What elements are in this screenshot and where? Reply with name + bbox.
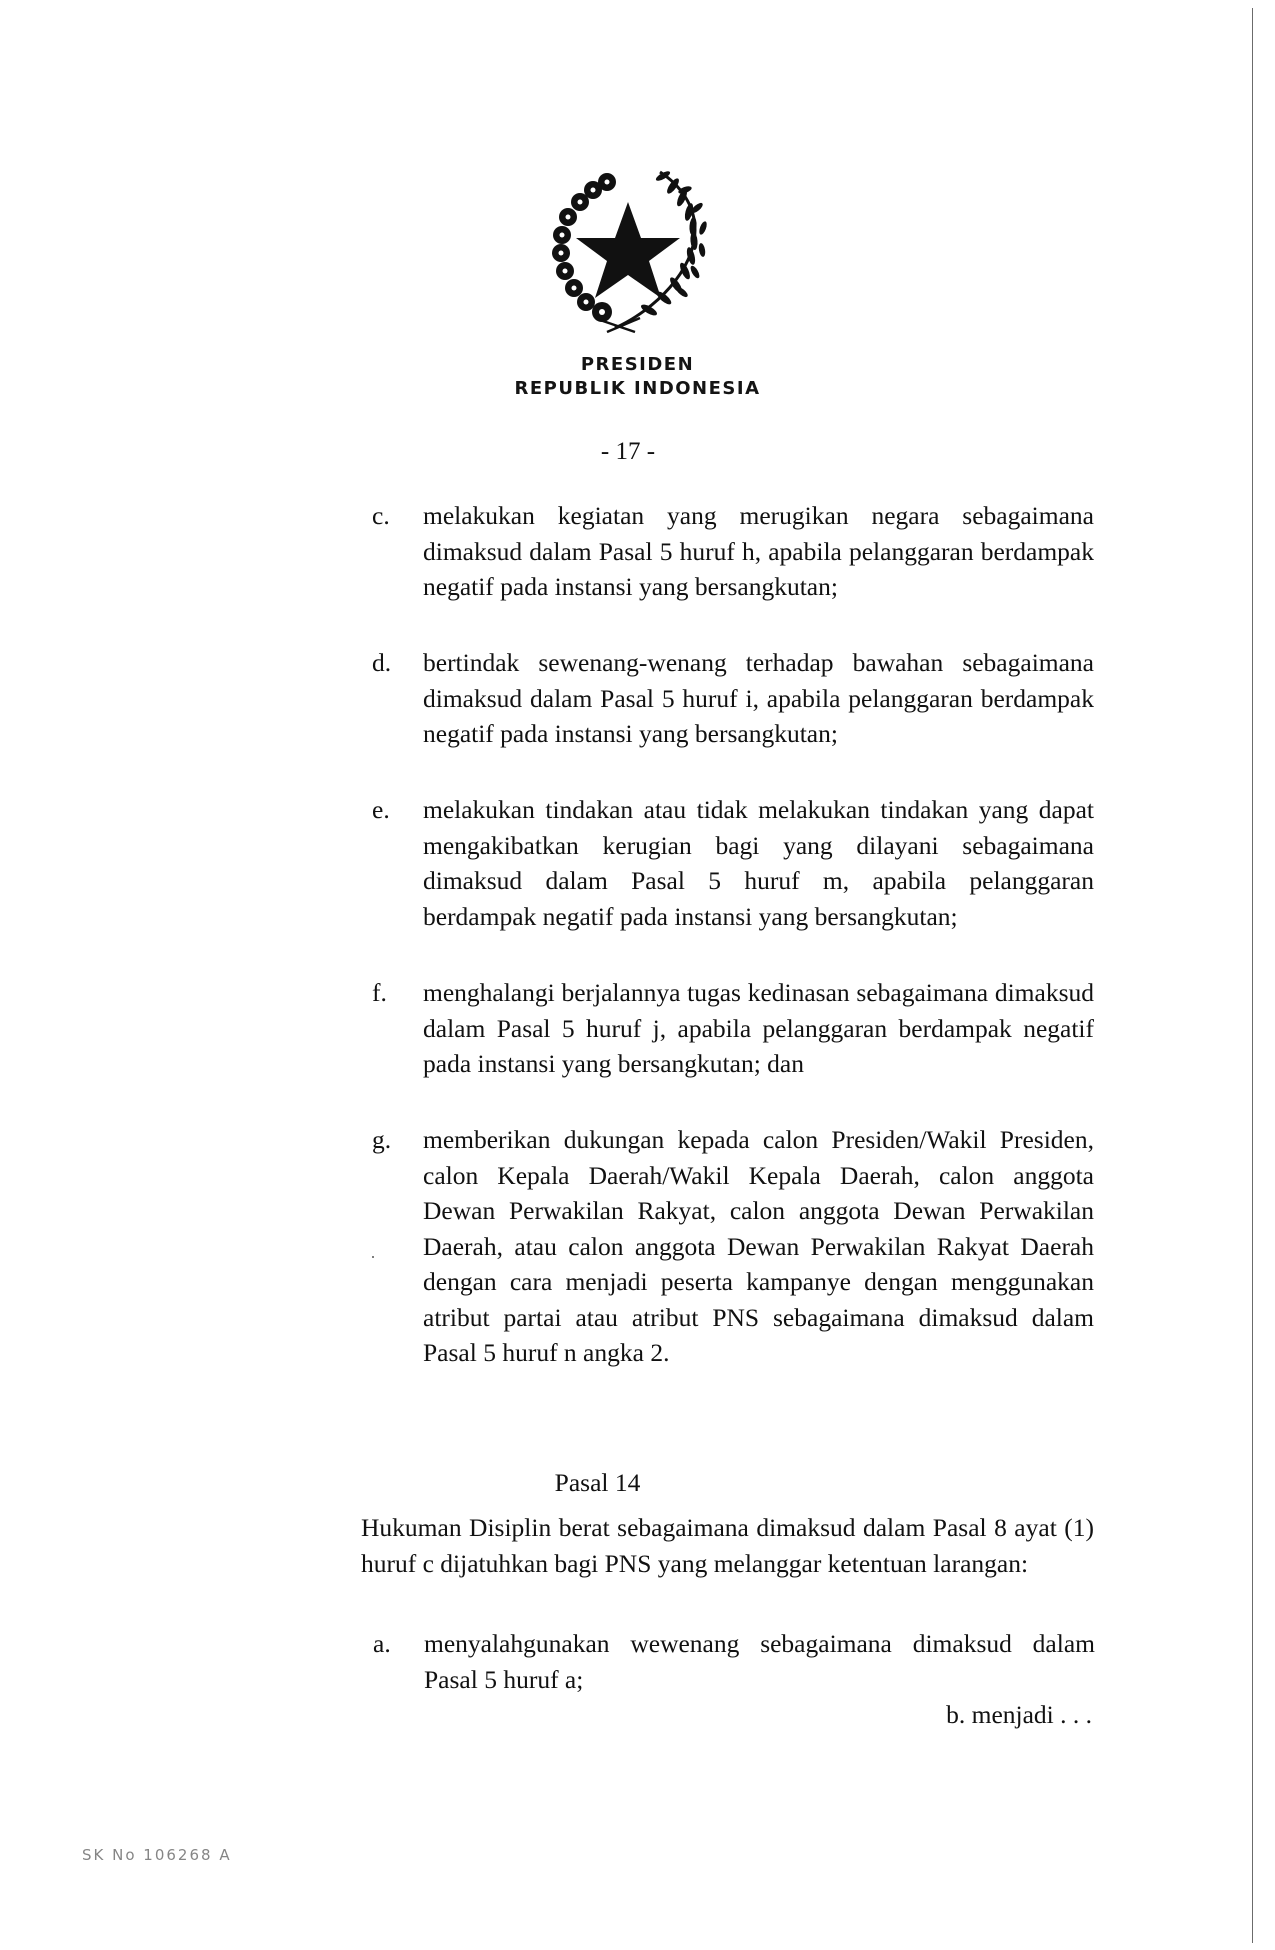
list-item-label: f. [372,975,387,1011]
list-item-label: a. [373,1626,391,1662]
document-page: PRESIDEN REPUBLIK INDONESIA - 17 - c. me… [0,0,1275,1950]
list-item-text: memberikan dukungan kepada calon Preside… [423,1122,1094,1371]
scan-edge-line [1252,8,1253,1943]
list-item-label: e. [372,792,390,828]
article-heading: Pasal 14 [0,1465,1195,1501]
header-title-republik: REPUBLIK INDONESIA [0,378,1275,399]
page-continuation: b. menjadi . . . [0,1697,1092,1733]
list-item-text: menyalahgunakan wewenang sebagaimana dim… [424,1626,1095,1697]
list-item-label: d. [372,645,391,681]
header-title-presiden: PRESIDEN [0,354,1275,375]
list-item-text: melakukan tindakan atau tidak melakukan … [423,792,1094,934]
list-item-label: g. [372,1122,391,1158]
article-intro-paragraph: Hukuman Disiplin berat sebagaimana dimak… [361,1510,1094,1581]
list-item-text: menghalangi berjalannya tugas kedinasan … [423,975,1094,1082]
list-item-text: melakukan kegiatan yang merugikan negara… [423,498,1094,605]
list-item-label: c. [372,498,390,534]
presidential-seal-icon [545,160,715,335]
scan-speck [372,1256,374,1258]
footer-document-code: SK No 106268 A [82,1846,232,1864]
list-item-text: bertindak sewenang-wenang terhadap bawah… [423,645,1094,752]
page-number: - 17 - [0,438,1256,466]
